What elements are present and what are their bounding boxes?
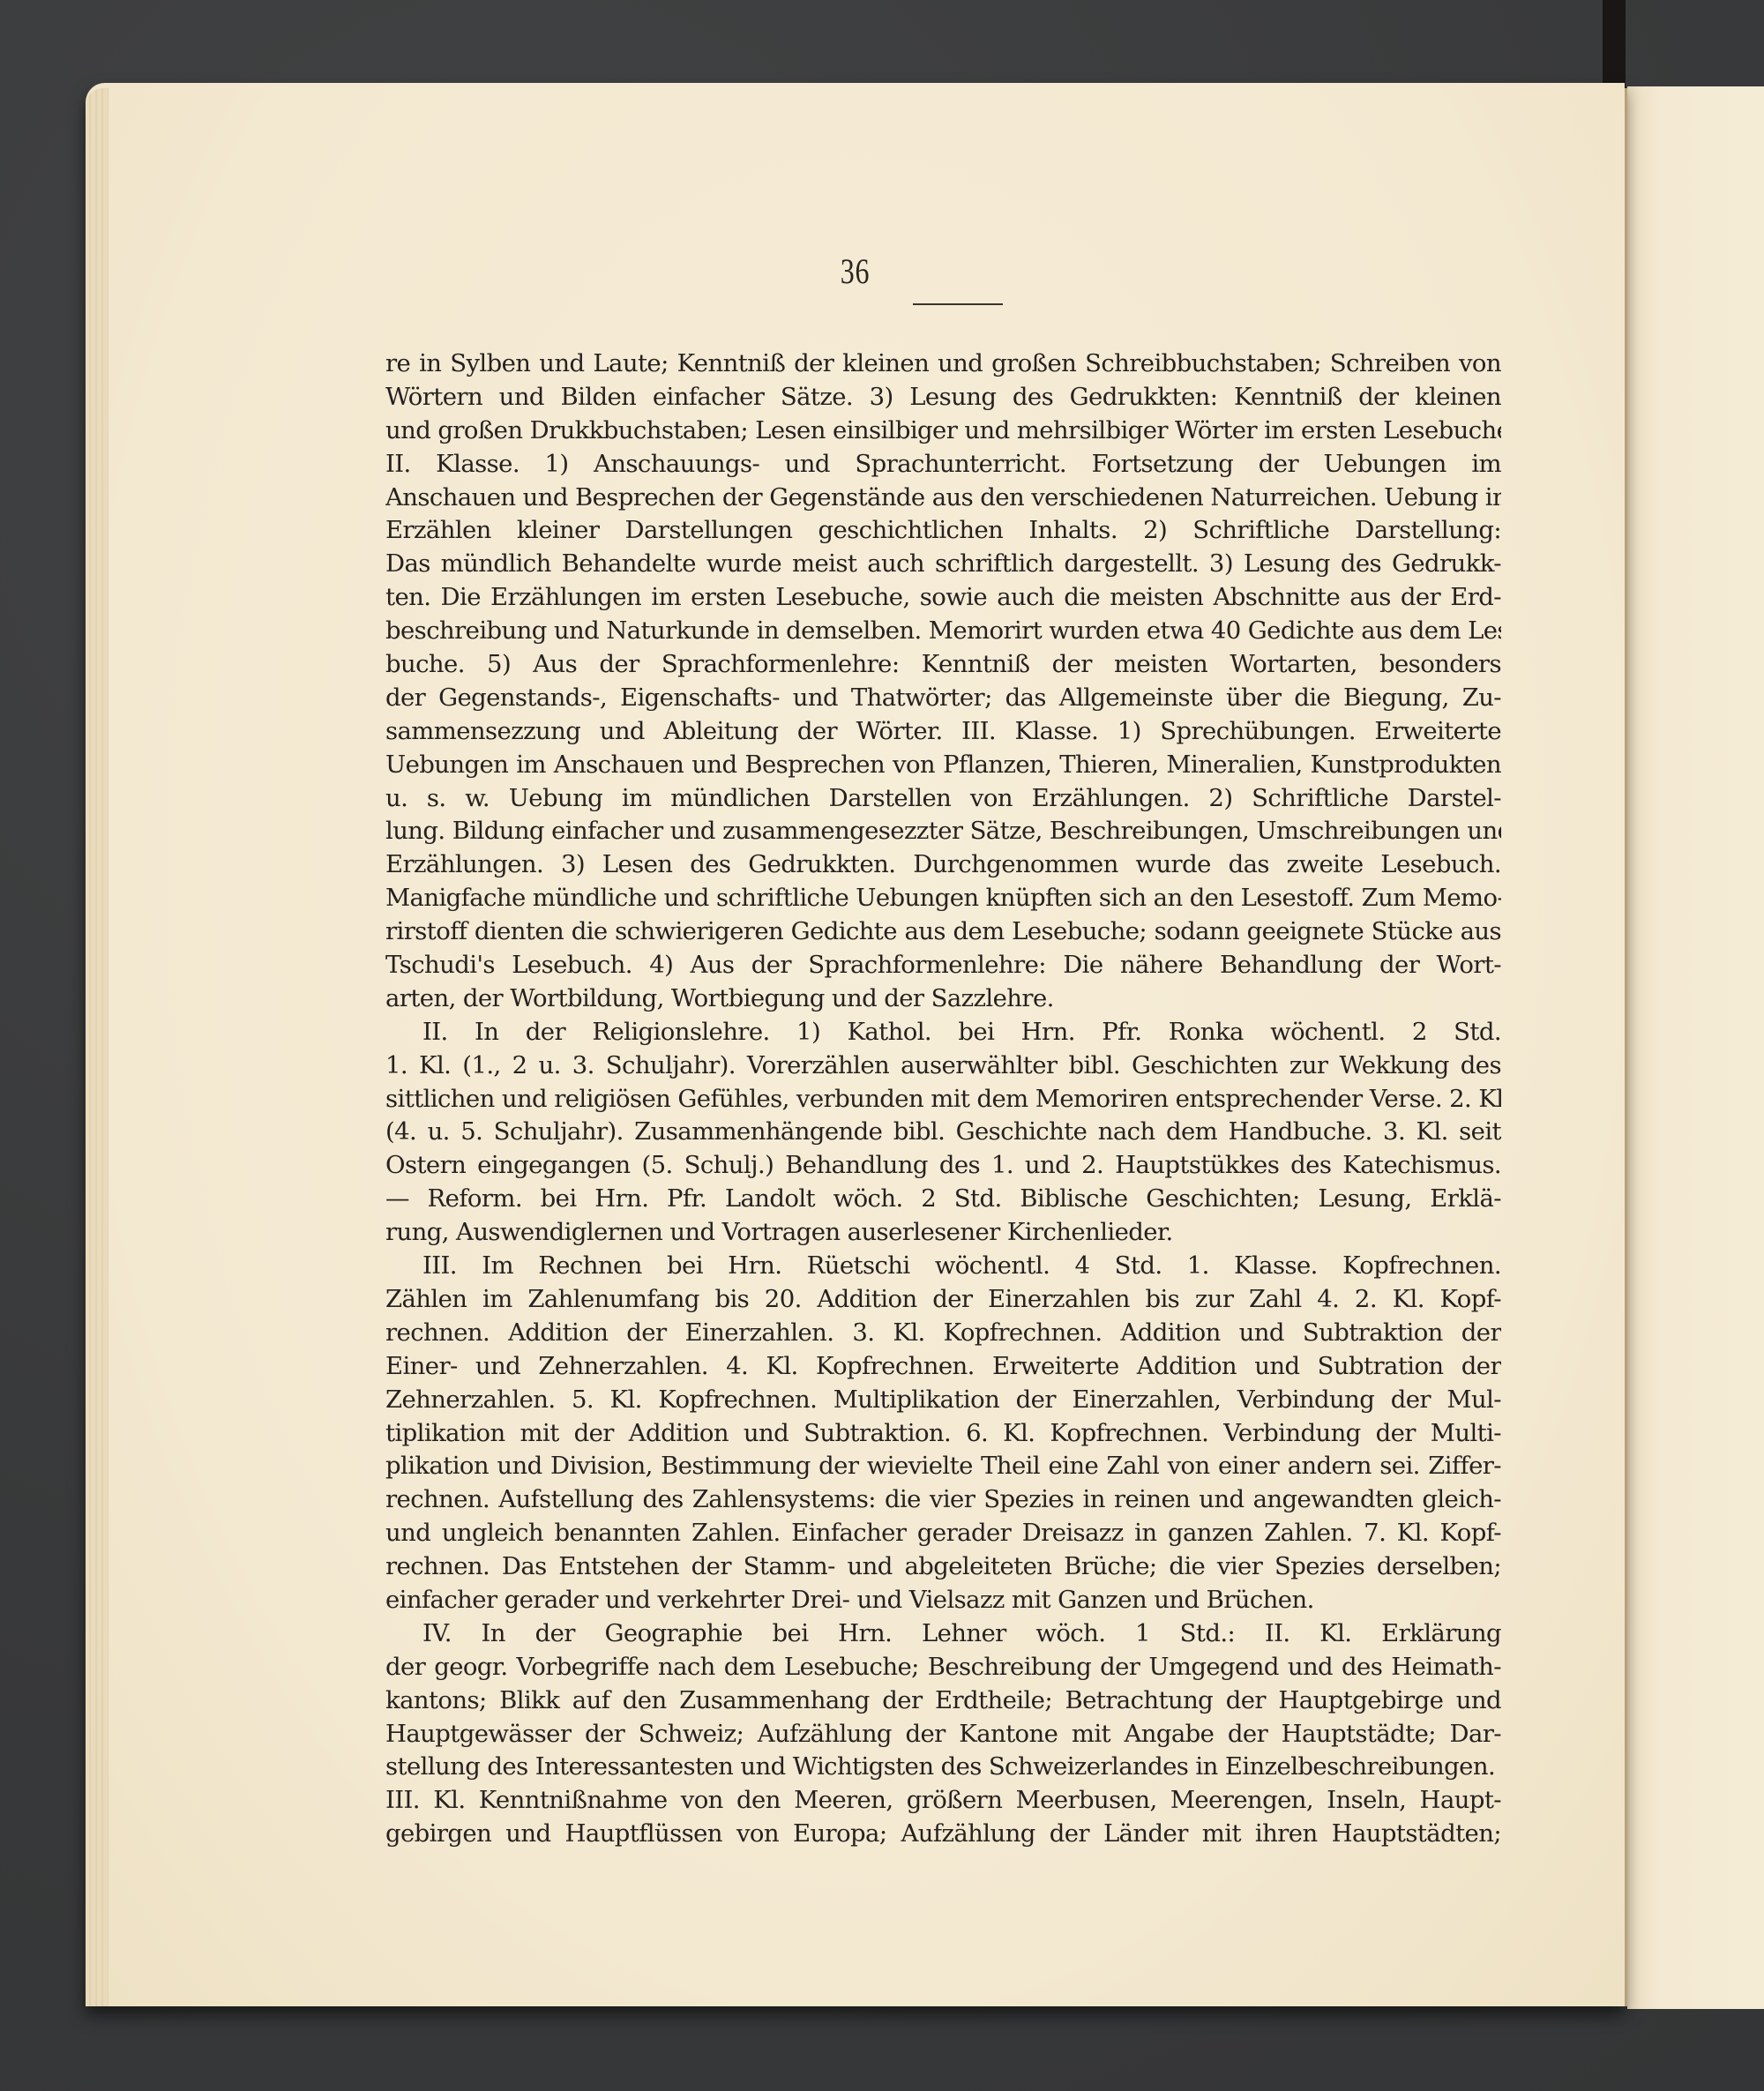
- text-line: rechnen. Das Entstehen der Stamm- und ab…: [385, 1550, 1501, 1584]
- text-line: der geogr. Vorbegriffe nach dem Lesebuch…: [385, 1651, 1501, 1684]
- text-line: re in Sylben und Laute; Kenntniß der kle…: [385, 347, 1501, 381]
- text-line: Ostern eingegangen (5. Schulj.) Behandlu…: [385, 1149, 1501, 1183]
- text-line: stellung des Interessantesten und Wichti…: [385, 1751, 1501, 1784]
- text-line: Anschauen und Besprechen der Gegenstände…: [385, 482, 1501, 515]
- text-line: beschreibung und Naturkunde in demselben…: [385, 615, 1501, 648]
- page-edge-stack: [86, 88, 108, 2006]
- text-line: II. Klasse. 1) Anschauungs- und Sprachun…: [385, 448, 1501, 482]
- page-gutter: [1625, 88, 1627, 2006]
- text-line: Uebungen im Anschauen und Besprechen von…: [385, 749, 1501, 782]
- text-line: — Reform. bei Hrn. Pfr. Landolt wöch. 2 …: [385, 1183, 1501, 1216]
- text-line: sammensezzung und Ableitung der Wörter. …: [385, 715, 1501, 749]
- text-line: rechnen. Addition der Einerzahlen. 3. Kl…: [385, 1317, 1501, 1350]
- book-spine-shadow: [1603, 0, 1626, 88]
- text-line: kantons; Blikk auf den Zusammenhang der …: [385, 1684, 1501, 1718]
- text-line: rechnen. Aufstellung des Zahlensystems: …: [385, 1483, 1501, 1517]
- text-line: der Gegenstands-, Eigenschafts- und That…: [385, 682, 1501, 715]
- text-line: Hauptgewässer der Schweiz; Aufzählung de…: [385, 1718, 1501, 1751]
- text-line: ten. Die Erzählungen im ersten Lesebuche…: [385, 581, 1501, 615]
- text-line: [385, 1851, 1501, 1885]
- text-line: Wörtern und Bilden einfacher Sätze. 3) L…: [385, 381, 1501, 414]
- section-heading-rechnen: III. Im Rechnen bei Hrn. Rüetschi wöchen…: [385, 1250, 1501, 1283]
- text-line: und ungleich benannten Zahlen. Einfacher…: [385, 1517, 1501, 1550]
- text-line: III. Kl. Kenntnißnahme von den Meeren, g…: [385, 1784, 1501, 1818]
- text-line: Das mündlich Behandelte wurde meist auch…: [385, 548, 1501, 581]
- text-line: Einer- und Zehnerzahlen. 4. Kl. Kopfrech…: [385, 1350, 1501, 1384]
- text-line: Zehnerzahlen. 5. Kl. Kopfrechnen. Multip…: [385, 1384, 1501, 1417]
- text-line: sittlichen und religiösen Gefühles, verb…: [385, 1083, 1501, 1116]
- book-page: 36 re in Sylben und Laute; Kenntniß der …: [86, 83, 1625, 2006]
- text-line: buche. 5) Aus der Sprachformenlehre: Ken…: [385, 648, 1501, 682]
- text-line: Erzählen kleiner Darstellungen geschicht…: [385, 514, 1501, 548]
- text-line: plikation und Division, Bestimmung der w…: [385, 1450, 1501, 1483]
- facing-page-edge: [1627, 86, 1764, 2009]
- text-line: arten, der Wortbildung, Wortbiegung und …: [385, 982, 1501, 1016]
- page-number: 36: [240, 250, 1471, 292]
- text-line: rung, Auswendiglernen und Vortragen ause…: [385, 1216, 1501, 1250]
- body-text: re in Sylben und Laute; Kenntniß der kle…: [385, 347, 1501, 1885]
- header-rule: [913, 303, 1003, 305]
- text-line: Manigfache mündliche und schriftliche Ue…: [385, 882, 1501, 915]
- text-line: Tschudi's Lesebuch. 4) Aus der Sprachfor…: [385, 949, 1501, 982]
- text-line: u. s. w. Uebung im mündlichen Darstellen…: [385, 782, 1501, 816]
- text-line: gebirgen und Hauptflüssen von Europa; Au…: [385, 1818, 1501, 1851]
- text-line: Zählen im Zahlenumfang bis 20. Addition …: [385, 1283, 1501, 1317]
- text-line: (4. u. 5. Schuljahr). Zusammenhängende b…: [385, 1116, 1501, 1149]
- text-line: 1. Kl. (1., 2 u. 3. Schuljahr). Vorerzäh…: [385, 1049, 1501, 1083]
- text-line: lung. Bildung einfacher und zusammengese…: [385, 815, 1501, 848]
- section-heading-geographie: IV. In der Geographie bei Hrn. Lehner wö…: [385, 1617, 1501, 1651]
- text-line: einfacher gerader und verkehrter Drei- u…: [385, 1584, 1501, 1617]
- section-heading-religion: II. In der Religionslehre. 1) Kathol. be…: [385, 1016, 1501, 1049]
- text-line: Erzählungen. 3) Lesen des Gedrukkten. Du…: [385, 848, 1501, 882]
- text-line: rirstoff dienten die schwierigeren Gedic…: [385, 915, 1501, 949]
- text-line: tiplikation mit der Addition und Subtrak…: [385, 1417, 1501, 1451]
- text-line: und großen Drukkbuchstaben; Lesen einsil…: [385, 414, 1501, 448]
